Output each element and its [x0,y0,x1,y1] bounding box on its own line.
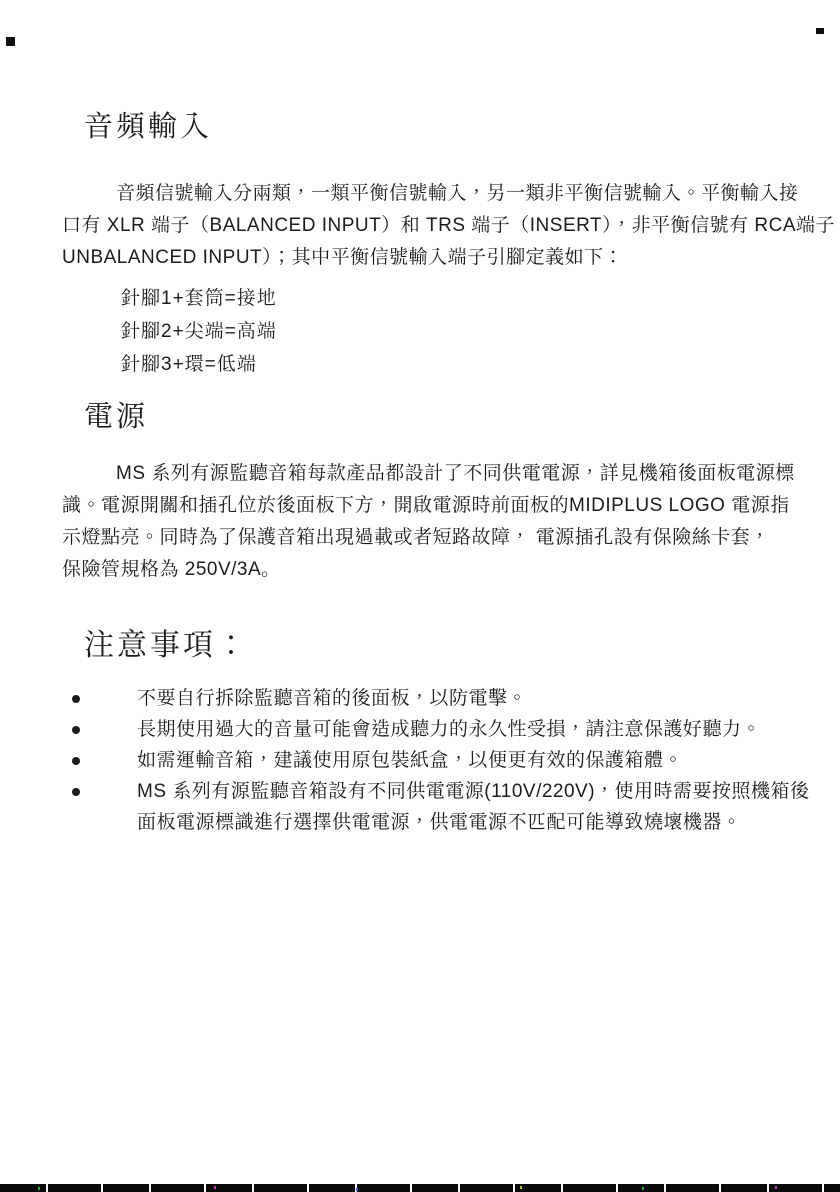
paragraph-line: UNBALANCED INPUT）；其中平衡信號輸入端子引腳定義如下： [62,242,792,274]
bullet-text: 不要自行拆除監聽音箱的後面板，以防電擊。 [137,683,527,714]
bullet-line: 不要自行拆除監聽音箱的後面板，以防電擊。 [137,683,527,714]
bullet-line: 面板電源標識進行選擇供電電源，供電電源不匹配可能導致燒壞機器。 [137,807,810,838]
paragraph-line: MS 系列有源監聽音箱每款產品都設計了不同供電電源，詳見機箱後面板電源標 [62,458,792,490]
scan-noise-speck [214,1186,216,1189]
audio-input-paragraph: 音頻信號輸入分兩類，一類平衡信號輸入，另一類非平衡信號輸入。平衡輸入接 口有 X… [62,178,792,274]
scan-artifact-top-right [816,28,824,34]
section-title-audio-input: 音頻輸入 [84,104,212,145]
paragraph-line: 音頻信號輸入分兩類，一類平衡信號輸入，另一類非平衡信號輸入。平衡輸入接 [62,178,792,210]
scan-noise-speck [642,1187,644,1190]
notes-bullet-list: 不要自行拆除監聽音箱的後面板，以防電擊。 長期使用過大的音量可能會造成聽力的永久… [72,683,782,838]
bullet-icon [72,695,80,703]
bullet-text: MS 系列有源監聽音箱設有不同供電電源(110V/220V)，使用時需要按照機箱… [137,776,810,838]
paragraph-line: 示燈點亮。同時為了保護音箱出現過載或者短路故障， 電源插孔設有保險絲卡套， [62,522,792,554]
scan-noise-speck [775,1186,777,1189]
section-title-notes: 注意事項： [84,620,249,664]
paragraph-line: 識。電源開關和插孔位於後面板下方，開啟電源時前面板的MIDIPLUS LOGO … [62,490,792,522]
bullet-text: 長期使用過大的音量可能會造成聽力的永久性受損，請注意保護好聽力。 [137,714,761,745]
section-title-power: 電源 [84,394,148,435]
bullet-icon [72,788,80,796]
scan-artifact-bottom-band [0,1184,840,1192]
bullet-icon [72,726,80,734]
manual-page: 音頻輸入 音頻信號輸入分兩類，一類平衡信號輸入，另一類非平衡信號輸入。平衡輸入接… [0,0,840,1192]
bullet-text: 如需運輸音箱，建議使用原包裝紙盒，以便更有效的保護箱體。 [137,745,683,776]
paragraph-line: 口有 XLR 端子（BALANCED INPUT）和 TRS 端子（INSERT… [62,210,792,242]
scan-artifact-top-left [6,37,15,46]
scan-noise-speck [38,1187,40,1190]
scan-noise-speck [520,1186,522,1189]
pin-definition-item: 針腳1+套筒=接地 [121,282,277,315]
pin-definition-item: 針腳2+尖端=高端 [121,315,277,348]
scan-noise-speck [356,1188,358,1191]
bullet-line: 長期使用過大的音量可能會造成聽力的永久性受損，請注意保護好聽力。 [137,714,761,745]
list-item: 長期使用過大的音量可能會造成聽力的永久性受損，請注意保護好聽力。 [72,714,782,745]
list-item: 如需運輸音箱，建議使用原包裝紙盒，以便更有效的保護箱體。 [72,745,782,776]
list-item: 不要自行拆除監聽音箱的後面板，以防電擊。 [72,683,782,714]
list-item: MS 系列有源監聽音箱設有不同供電電源(110V/220V)，使用時需要按照機箱… [72,776,782,838]
bullet-line: MS 系列有源監聽音箱設有不同供電電源(110V/220V)，使用時需要按照機箱… [137,776,810,807]
pin-definition-item: 針腳3+環=低端 [121,348,277,381]
paragraph-line: 保險管規格為 250V/3A。 [62,554,792,586]
bullet-line: 如需運輸音箱，建議使用原包裝紙盒，以便更有效的保護箱體。 [137,745,683,776]
bullet-icon [72,757,80,765]
pin-definition-list: 針腳1+套筒=接地 針腳2+尖端=高端 針腳3+環=低端 [121,282,277,381]
power-paragraph: MS 系列有源監聽音箱每款產品都設計了不同供電電源，詳見機箱後面板電源標 識。電… [62,458,792,586]
